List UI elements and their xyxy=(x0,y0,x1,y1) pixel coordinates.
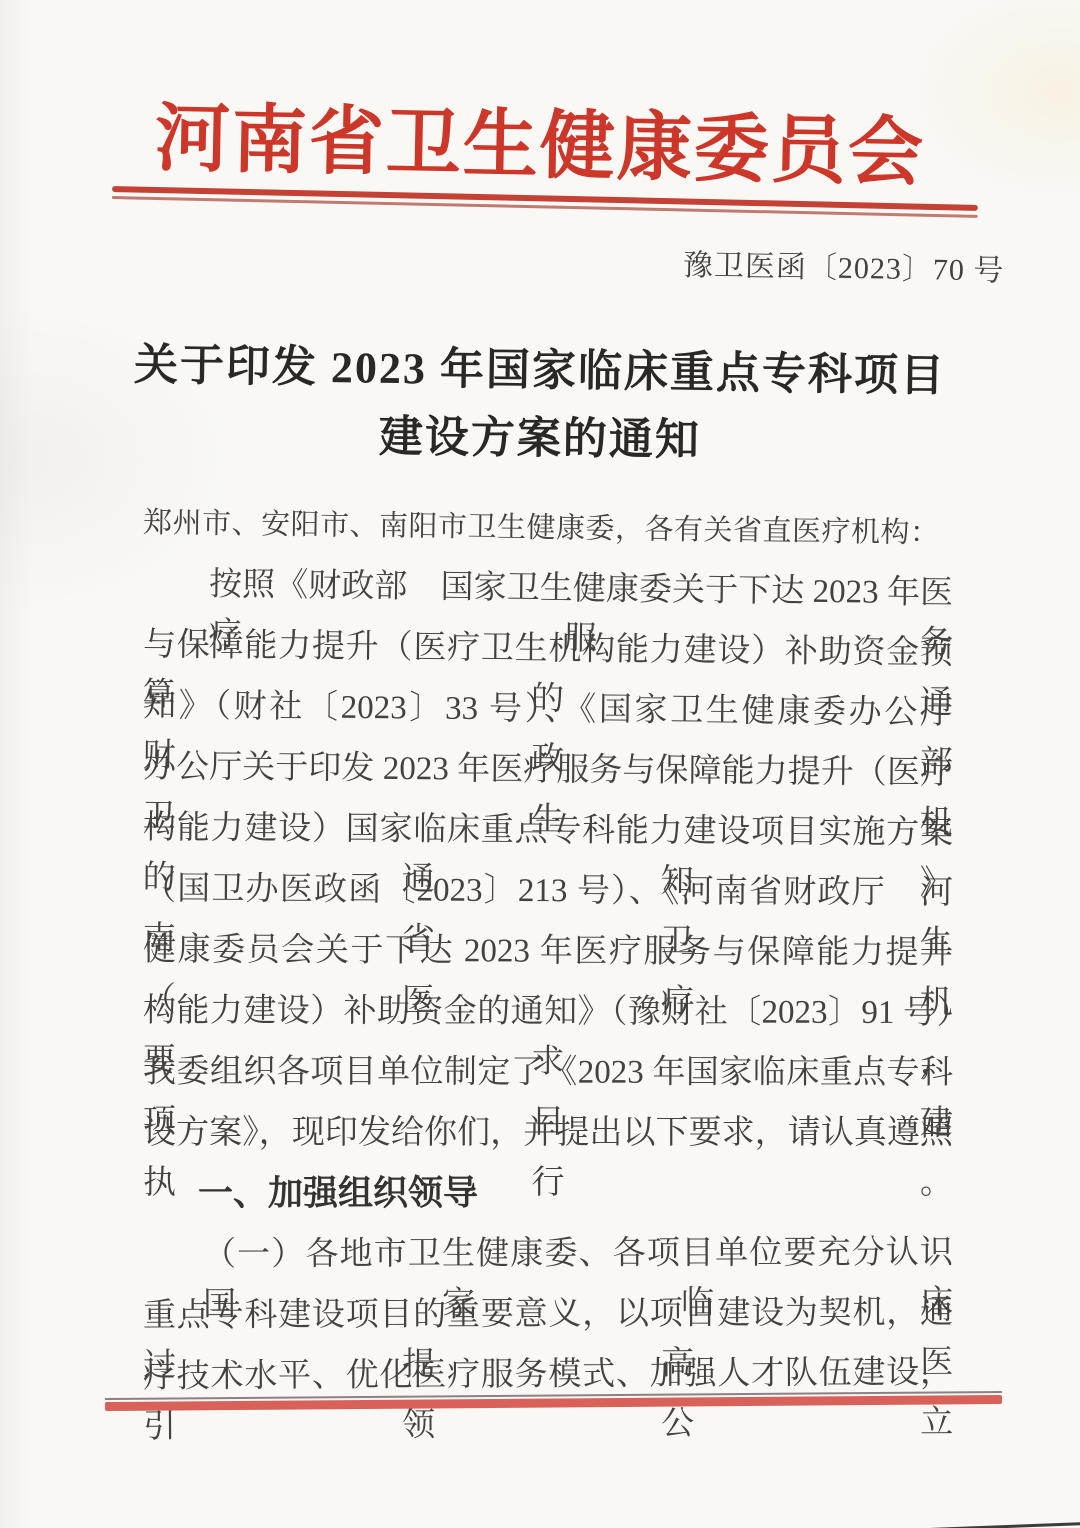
body-line: 重点专科建设项目的重要意义，以项目建设为契机，通过提高医 xyxy=(143,1288,953,1352)
scanned-document-page: 河南省卫生健康委员会 豫卫医函〔2023〕70 号 关于印发 2023 年国家临… xyxy=(0,0,1080,1528)
body-line: 知》（财社〔2023〕33 号）、《国家卫生健康委办公厅 财政部 xyxy=(143,681,954,749)
body-line: 我委组织各项目单位制定了《2023 年国家临床重点专科项目建 xyxy=(143,1047,953,1109)
letterhead-title: 河南省卫生健康委员会 xyxy=(0,76,1080,204)
section-heading: 一、加强组织领导 xyxy=(143,1168,953,1230)
document-number: 豫卫医函〔2023〕70 号 xyxy=(683,240,1005,290)
body-line: （一）各地市卫生健康委、各项目单位要充分认识国家临床 xyxy=(143,1228,953,1291)
body-line: 构能力建设）国家临床重点专科能力建设项目实施方案的通知》 xyxy=(143,803,953,869)
body-line: 设方案》，现印发给你们，并提出以下要求，请认真遵照执行。 xyxy=(143,1108,953,1169)
document-body: 郑州市、安阳市、南阳市卫生健康委，各有关省直医疗机构： 按照《财政部 国家卫生健… xyxy=(143,498,953,1413)
body-line-salutation: 郑州市、安阳市、南阳市卫生健康委，各有关省直医疗机构： xyxy=(143,498,954,570)
body-line: 按照《财政部 国家卫生健康委关于下达 2023 年医疗服务 xyxy=(143,559,954,630)
notice-title-line2: 建设方案的通知 xyxy=(0,396,1080,471)
body-line: 健康委员会关于下达 2023 年医疗服务与保障能力提升（医疗机 xyxy=(143,925,953,989)
body-line: 构能力建设）补助资金的通知》（豫财社〔2023〕91 号）要求， xyxy=(143,986,953,1049)
body-line: 办公厅关于印发 2023 年医疗服务与保障能力提升（医疗卫生机 xyxy=(143,742,953,809)
body-line: （国卫办医政函〔2023〕213 号）、《河南省财政厅 河南省卫生 xyxy=(143,864,953,929)
notice-title-line1: 关于印发 2023 年国家临床重点专科项目 xyxy=(0,326,1080,405)
body-line: 与保障能力提升（医疗卫生机构能力建设）补助资金预算的通 xyxy=(143,620,954,689)
page-edge-scan-artifact xyxy=(870,1522,1080,1528)
